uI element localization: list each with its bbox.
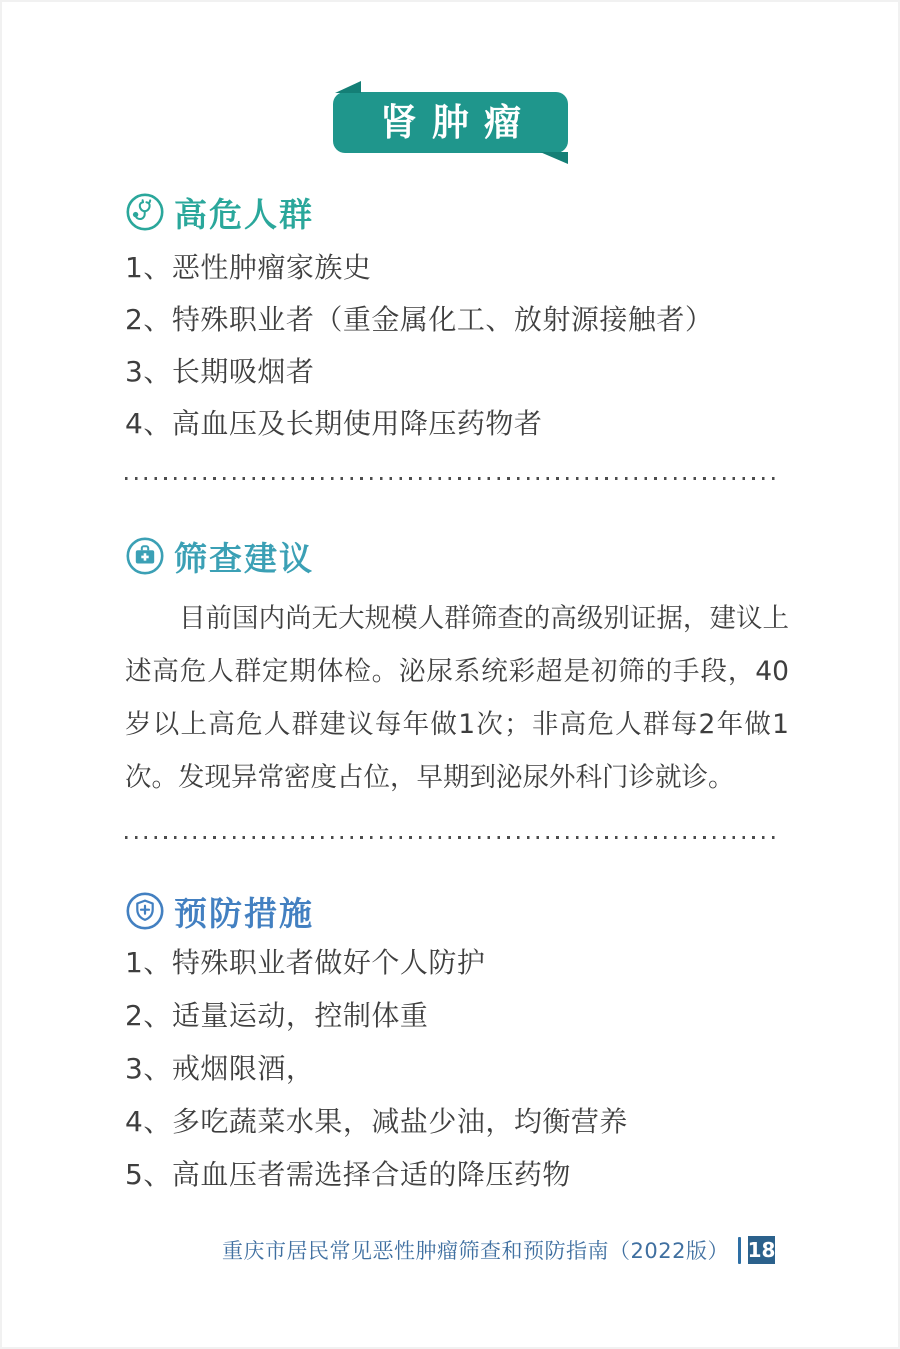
list-item: 2、适量运动，控制体重 (125, 1000, 628, 1031)
list-item: 3、长期吸烟者 (125, 356, 713, 387)
list-item: 2、特殊职业者（重金属化工、放射源接触者） (125, 304, 713, 335)
section-header-high-risk: 高危人群 (125, 190, 713, 234)
guide-page: 肾肿瘤 高危人群 1、恶性肿瘤家族史2、特殊职业者（重金属化工、放射源接触者）3… (0, 0, 900, 1349)
section-header-screening: 筛查建议 (125, 534, 789, 578)
list-item: 5、高血压者需选择合适的降压药物 (125, 1159, 628, 1190)
high-risk-list: 1、恶性肿瘤家族史2、特殊职业者（重金属化工、放射源接触者）3、长期吸烟者4、高… (125, 252, 713, 439)
page-title: 肾肿瘤 (365, 104, 536, 141)
list-item: 4、高血压及长期使用降压药物者 (125, 408, 713, 439)
dotted-divider-2 (125, 836, 777, 839)
list-item: 3、戒烟限酒， (125, 1053, 628, 1084)
section-title-screening: 筛查建议 (174, 533, 314, 580)
section-screening: 筛查建议 目前国内尚无大规模人群筛查的高级别证据，建议上述高危人群定期体检。泌尿… (125, 534, 789, 804)
footer: 重庆市居民常见恶性肿瘤筛查和预防指南（2022版） 18 (222, 1236, 775, 1264)
list-item: 4、多吃蔬菜水果，减盐少油，均衡营养 (125, 1106, 628, 1137)
section-title-high-risk: 高危人群 (174, 189, 314, 236)
page-number-badge: 18 (748, 1236, 775, 1264)
section-high-risk: 高危人群 1、恶性肿瘤家族史2、特殊职业者（重金属化工、放射源接触者）3、长期吸… (125, 190, 713, 460)
prevention-list: 1、特殊职业者做好个人防护2、适量运动，控制体重3、戒烟限酒，4、多吃蔬菜水果，… (125, 947, 628, 1190)
dotted-divider-1 (125, 477, 777, 480)
stethoscope-icon (125, 192, 165, 232)
list-item: 1、恶性肿瘤家族史 (125, 252, 713, 283)
section-title-prevention: 预防措施 (174, 888, 314, 935)
shield-cross-icon (125, 891, 165, 931)
ribbon-fold-top-left-icon (335, 81, 361, 93)
section-prevention: 预防措施 1、特殊职业者做好个人防护2、适量运动，控制体重3、戒烟限酒，4、多吃… (125, 889, 628, 1212)
footer-guide-title: 重庆市居民常见恶性肿瘤筛查和预防指南（2022版） (222, 1235, 729, 1265)
screening-paragraph: 目前国内尚无大规模人群筛查的高级别证据，建议上述高危人群定期体检。泌尿系统彩超是… (125, 592, 789, 804)
section-header-prevention: 预防措施 (125, 889, 628, 933)
list-item: 1、特殊职业者做好个人防护 (125, 947, 628, 978)
footer-divider-bar (738, 1237, 741, 1264)
first-aid-kit-icon (125, 536, 165, 576)
ribbon-fold-bottom-right-icon (540, 152, 568, 164)
title-banner: 肾肿瘤 (333, 92, 568, 153)
